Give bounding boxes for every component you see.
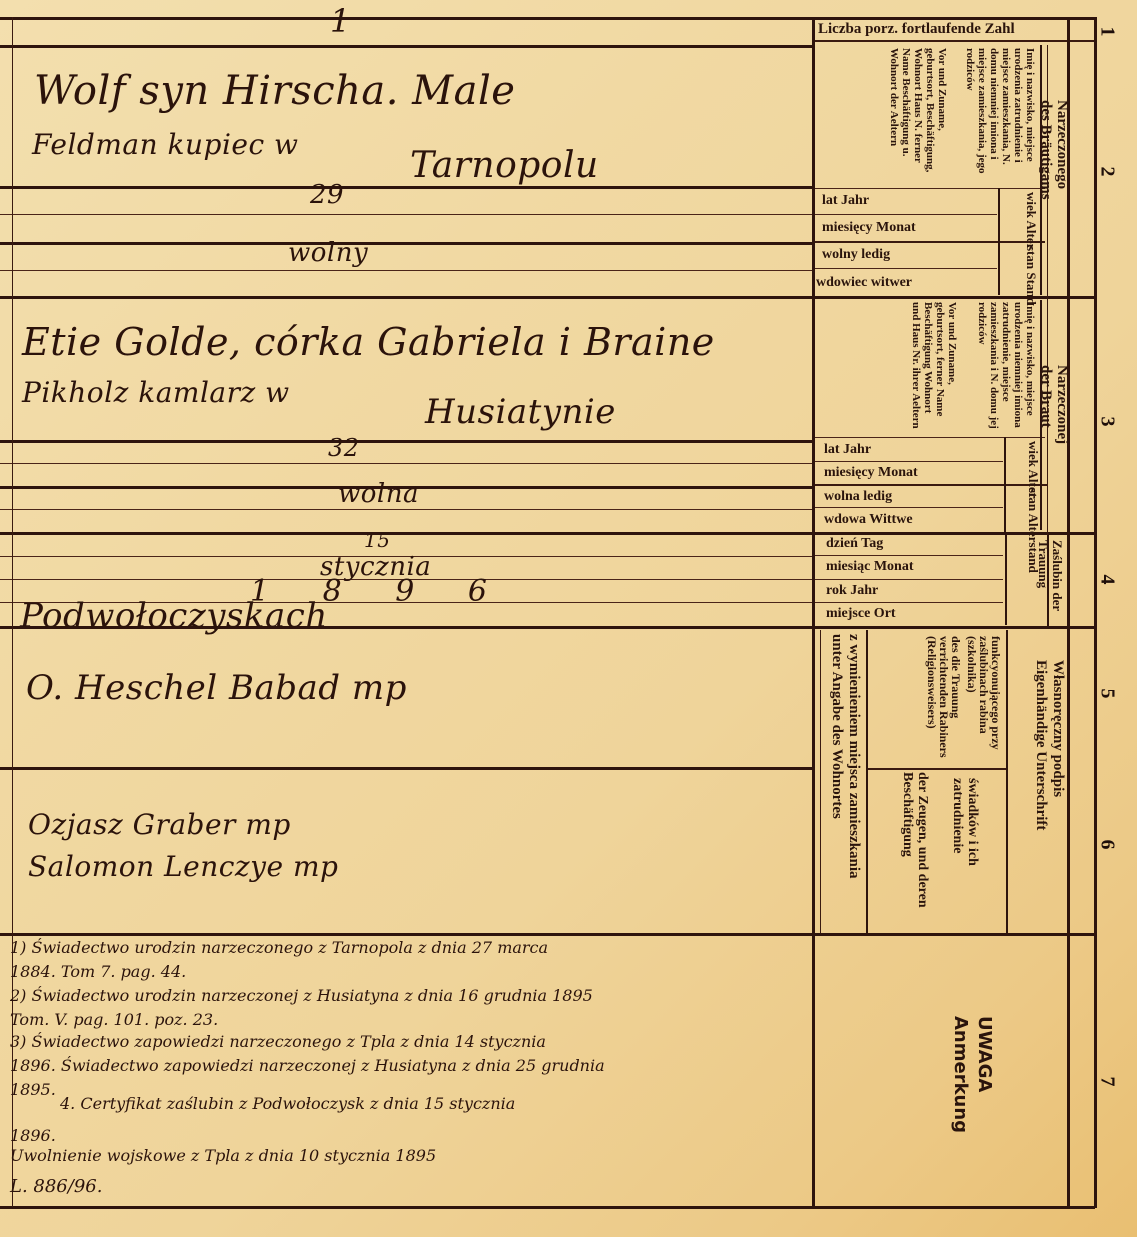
rule <box>0 214 812 215</box>
rule <box>0 242 812 245</box>
rule <box>0 509 812 510</box>
remarks-label-de: Anmerkung <box>950 1016 971 1133</box>
bride-label-de: der Braut <box>1038 365 1054 428</box>
bride-status: wolna <box>338 479 419 509</box>
groom-name-line3: Tarnopolu <box>410 145 599 186</box>
remark-line: 1896. Świadectwo zapowiedzi narzeczonej … <box>10 1056 605 1075</box>
rule <box>812 40 1095 42</box>
witness-label-de: der Zeugen, und deren Beschäftigung <box>900 772 930 932</box>
bride-name-line2: Pikholz kamlarz w <box>22 376 290 409</box>
rule <box>0 296 1095 299</box>
bride-name-line3: Husiatynie <box>425 392 616 432</box>
rule <box>866 768 1006 770</box>
rule <box>0 767 812 770</box>
rule <box>0 186 812 189</box>
residence-label: z wymienieniem miejsca zamieszkania unte… <box>828 634 862 879</box>
wedding-section-label: Zaślubin der Trauung <box>1036 540 1064 628</box>
remark-line: 3) Świadectwo zapowiedzi narzeczonego z … <box>10 1032 546 1051</box>
wedding-label-pl: Zaślubin <box>1050 540 1065 589</box>
rabbi-label-pl: funkcyonującego przy zaślubinach rabina … <box>966 636 1002 766</box>
remarks-label: UWAGA Anmerkung <box>948 1016 996 1133</box>
rule <box>815 602 1003 603</box>
rule <box>815 461 1003 462</box>
rule <box>0 532 1095 535</box>
remark-line: Uwolnienie wojskowe z Tpla z dnia 10 sty… <box>10 1146 436 1165</box>
rule <box>815 484 1047 486</box>
groom-status-group-label: stan Stand <box>1024 246 1038 305</box>
witness-1-signature: Ozjasz Graber mp <box>28 808 291 841</box>
rule <box>0 270 812 271</box>
rule <box>1094 17 1097 1208</box>
remark-line: 2) Świadectwo urodzin narzeczonej z Husi… <box>10 986 593 1005</box>
rule <box>815 579 1003 580</box>
remark-line: 1884. Tom 7. pag. 44. <box>10 962 186 981</box>
rule <box>1006 630 1008 933</box>
bride-age-years: 32 <box>328 434 360 462</box>
groom-status: wolny <box>288 238 368 268</box>
rule <box>815 268 997 269</box>
bride-age-months-label: miesięcy Monat <box>824 466 918 480</box>
residence-label-pl: z wymienieniem miejsca zamieszkania <box>846 634 862 879</box>
wedding-place-label: miejsce Ort <box>826 607 896 621</box>
groom-status-single-label: wolny ledig <box>822 248 890 262</box>
bride-age-years-label: lat Jahr <box>824 443 871 457</box>
signature-label: Własnoręczny podpis Eigenhändige Untersc… <box>1032 660 1066 830</box>
signature-label-pl: Własnoręczny podpis <box>1050 660 1066 797</box>
rule <box>815 241 1045 243</box>
remark-line: L. 886/96. <box>10 1176 102 1197</box>
groom-age-years-label: lat Jahr <box>822 194 869 208</box>
wedding-place: Podwołoczyskach <box>20 596 328 636</box>
rule <box>815 555 1003 556</box>
column-number: 4 <box>1096 575 1119 585</box>
rule <box>815 437 1045 438</box>
bride-status-widow-label: wdowa Wittwe <box>824 513 913 527</box>
groom-age-years: 29 <box>310 180 344 210</box>
rule <box>815 188 1045 189</box>
rule <box>0 45 812 48</box>
rule <box>0 440 812 443</box>
wedding-year-label: rok Jahr <box>826 584 878 598</box>
residence-label-de: unter Angabe des Wohnortes <box>829 634 845 819</box>
column-number: 7 <box>1096 1077 1119 1087</box>
remark-line: 4. Certyfikat zaślubin z Podwołoczysk z … <box>60 1094 515 1113</box>
rabbi-label-de: des die Trauung verrichtenden Rabiners (… <box>926 636 962 766</box>
rule <box>998 188 1000 295</box>
rule <box>1005 535 1007 625</box>
groom-name-label: Imię i nazwisko, miejsce urodzenia zatru… <box>964 48 1036 184</box>
groom-section-label: Narzeczonego des Bräutigams <box>1038 100 1070 280</box>
column-number: 1 <box>1096 27 1119 37</box>
groom-status-widower-label: wdowiec witwer <box>816 276 912 290</box>
remark-line: Tom. V. pag. 101. poz. 23. <box>10 1010 218 1029</box>
column-number: 6 <box>1096 840 1119 850</box>
remark-line: 1895. <box>10 1080 56 1099</box>
rule <box>0 933 1095 936</box>
groom-age-months-label: miesięcy Monat <box>822 221 916 235</box>
remark-line: 1) Świadectwo urodzin narzeczonego z Tar… <box>10 938 548 957</box>
wedding-day-label: dzień Tag <box>826 537 883 551</box>
wedding-day: 15 <box>364 528 390 552</box>
rule <box>1004 437 1006 532</box>
bride-label-pl: Narzeczonej <box>1054 365 1070 444</box>
bride-name-line1: Etie Golde, córka Gabriela i Braine <box>22 320 715 364</box>
column-number: 3 <box>1096 417 1119 427</box>
groom-label-de: des Bräutigams <box>1038 100 1054 200</box>
groom-name-line1: Wolf syn Hirscha. Male <box>34 68 515 114</box>
bride-name-label: Imię i nazwisko, miejsce urodzenia niemn… <box>976 302 1036 432</box>
groom-name-line2: Feldman kupiec w <box>32 128 299 161</box>
bride-section-label: Narzeczonej der Braut <box>1038 365 1070 444</box>
rule <box>812 17 815 1207</box>
entry-number: 1 <box>330 2 351 40</box>
rule <box>815 214 997 215</box>
groom-age-group-label: wiek Alter <box>1024 192 1038 249</box>
column-number: 2 <box>1096 167 1119 177</box>
rule <box>0 463 812 464</box>
column-number: 5 <box>1096 689 1119 699</box>
groom-label-pl: Narzeczonego <box>1054 100 1070 189</box>
rule <box>0 17 1095 20</box>
rule <box>815 507 1003 508</box>
liczba-label: Liczba porz. fortlaufende Zahl <box>818 22 1015 37</box>
bride-name-label-de: Vor und Zuname, geburtsort, ferner Name … <box>910 302 958 432</box>
witness-label-pl: świadków i ich zatrudnienie <box>950 778 980 928</box>
rabbi-signature: O. Heschel Babad mp <box>26 668 407 708</box>
rule <box>820 630 821 933</box>
remark-line: 1896. <box>10 1126 56 1145</box>
rule <box>0 1206 1095 1209</box>
wedding-month-label: miesiąc Monat <box>826 560 913 574</box>
witness-2-signature: Salomon Lenczye mp <box>28 850 338 883</box>
bride-status-single-label: wolna ledig <box>824 490 892 504</box>
remarks-label-pl: UWAGA <box>974 1016 995 1092</box>
rule <box>866 630 868 933</box>
groom-name-label-de: Vor und Zuname, geburtsort, Beschäftigun… <box>888 48 948 184</box>
signature-label-de: Eigenhändige Unterschrift <box>1033 660 1049 830</box>
